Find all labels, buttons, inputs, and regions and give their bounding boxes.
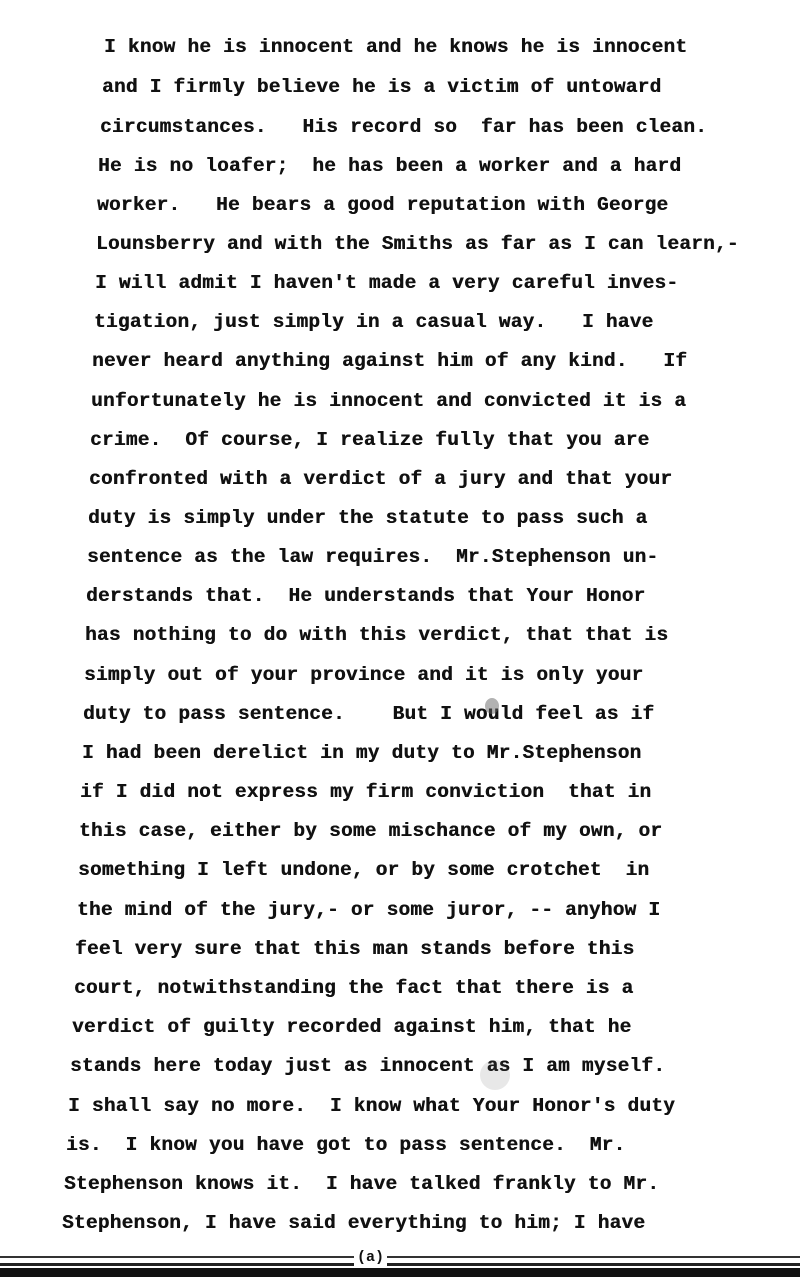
scan-edge-bar xyxy=(0,1268,800,1277)
text-line: if I did not express my firm conviction … xyxy=(80,781,651,803)
text-line: feel very sure that this man stands befo… xyxy=(75,938,634,960)
footer-rule xyxy=(0,1263,800,1266)
text-line: something I left undone, or by some crot… xyxy=(78,859,649,881)
document-page: I know he is innocent and he knows he is… xyxy=(0,0,800,1277)
text-line: duty is simply under the statute to pass… xyxy=(88,507,647,529)
text-line: sentence as the law requires. Mr.Stephen… xyxy=(87,546,658,568)
text-line: I know he is innocent and he knows he is… xyxy=(104,36,687,58)
footer-rule xyxy=(0,1256,800,1258)
text-line: I had been derelict in my duty to Mr.Ste… xyxy=(82,742,641,764)
text-line: Stephenson knows it. I have talked frank… xyxy=(64,1173,659,1195)
text-line: the mind of the jury,- or some juror, --… xyxy=(77,899,660,921)
text-line: He is no loafer; he has been a worker an… xyxy=(98,155,681,177)
text-line: derstands that. He understands that Your… xyxy=(86,585,645,607)
text-line: Lounsberry and with the Smiths as far as… xyxy=(96,233,739,255)
text-line: crime. Of course, I realize fully that y… xyxy=(90,429,649,451)
text-line: stands here today just as innocent as I … xyxy=(70,1055,665,1077)
text-line: Stephenson, I have said everything to hi… xyxy=(62,1212,645,1234)
text-line: I will admit I haven't made a very caref… xyxy=(95,272,678,294)
text-line: is. I know you have got to pass sentence… xyxy=(66,1134,625,1156)
text-line: unfortunately he is innocent and convict… xyxy=(91,390,686,412)
text-line: confronted with a verdict of a jury and … xyxy=(89,468,672,490)
text-line: has nothing to do with this verdict, tha… xyxy=(85,624,668,646)
text-line: court, notwithstanding the fact that the… xyxy=(74,977,633,999)
text-line: duty to pass sentence. But I would feel … xyxy=(83,703,654,725)
text-line: simply out of your province and it is on… xyxy=(84,664,643,686)
text-line: this case, either by some mischance of m… xyxy=(79,820,662,842)
text-line: circumstances. His record so far has bee… xyxy=(100,116,707,138)
page-number: (a) xyxy=(354,1249,387,1266)
text-line: and I firmly believe he is a victim of u… xyxy=(102,76,661,98)
text-line: tigation, just simply in a casual way. I… xyxy=(94,311,653,333)
text-line: verdict of guilty recorded against him, … xyxy=(72,1016,631,1038)
scan-noise xyxy=(485,698,499,714)
text-line: I shall say no more. I know what Your Ho… xyxy=(68,1095,675,1117)
text-line: worker. He bears a good reputation with … xyxy=(97,194,668,216)
scan-noise xyxy=(480,1060,510,1090)
text-line: never heard anything against him of any … xyxy=(92,350,687,372)
